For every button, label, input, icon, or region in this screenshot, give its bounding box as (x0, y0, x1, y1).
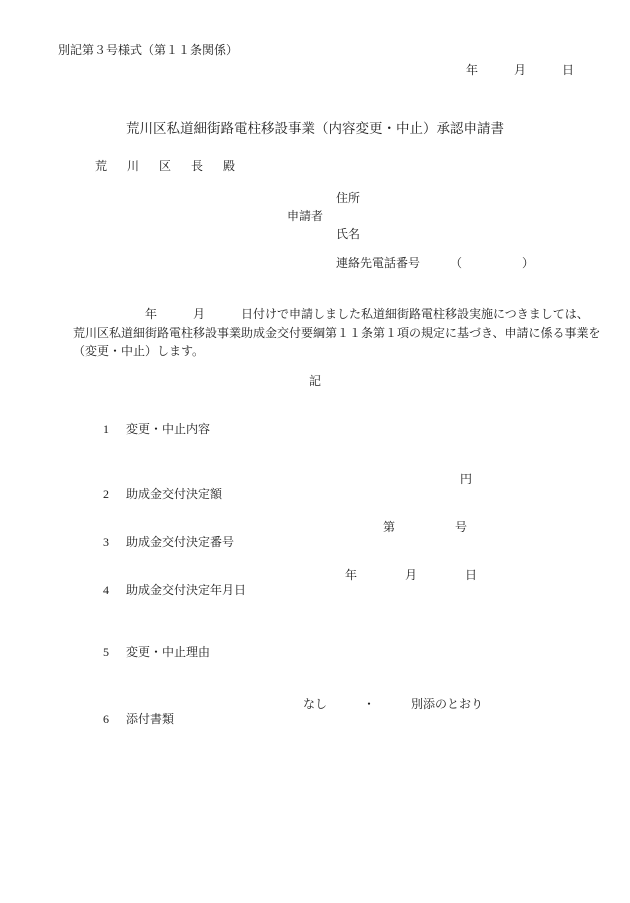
item-number: 4 (103, 583, 112, 598)
applicant-phone-label: 連絡先電話番号 （ ） (336, 256, 534, 271)
list-section-marker: 記 (0, 372, 630, 389)
item-label: 助成金交付決定番号 (126, 535, 234, 549)
document-title: 荒川区私道細街路電柱移設事業（内容変更・中止）承認申請書 (0, 117, 630, 137)
addressee-line: 荒 川 区 長 殿 (95, 159, 239, 174)
item-number: 6 (103, 712, 112, 727)
item-number: 1 (103, 422, 112, 437)
item-value: なし ・ 別添のとおり (303, 695, 483, 712)
item-label: 変更・中止理由 (126, 645, 210, 659)
applicant-label: 申請者 (287, 209, 323, 224)
item-label: 添付書類 (126, 712, 174, 726)
item-label: 変更・中止内容 (126, 422, 210, 436)
item-value: 第 号 (383, 518, 467, 535)
item-number: 2 (103, 487, 112, 502)
form-reference: 別記第３号様式（第１１条関係） (58, 43, 238, 58)
body-line: 年 月 日付けで申請しました私道細街路電柱移設実施につきましては、 (73, 305, 601, 324)
item-value: 年 月 日 (345, 566, 477, 583)
list-item: 6添付書類 (97, 695, 174, 727)
item-label: 助成金交付決定額 (126, 487, 222, 501)
list-item: 2助成金交付決定額 (97, 470, 222, 502)
body-line: （変更・中止）します。 (73, 342, 601, 361)
applicant-name-label: 氏名 (336, 227, 360, 242)
application-form-page: { "document": { "form_reference": "別記第３号… (0, 0, 630, 903)
list-item: 4助成金交付決定年月日 (97, 566, 246, 598)
body-line: 荒川区私道細街路電柱移設事業助成金交付要綱第１１条第１項の規定に基づき、申請に係… (73, 324, 601, 343)
list-item: 1変更・中止内容 (97, 405, 210, 437)
item-label: 助成金交付決定年月日 (126, 583, 246, 597)
list-item: 3助成金交付決定番号 (97, 518, 234, 550)
body-paragraph: 年 月 日付けで申請しました私道細街路電柱移設実施につきましては、 荒川区私道細… (73, 305, 601, 361)
header-date-line: 年 月 日 (466, 63, 574, 78)
item-number: 5 (103, 645, 112, 660)
item-number: 3 (103, 535, 112, 550)
applicant-address-label: 住所 (336, 191, 360, 206)
list-item: 5変更・中止理由 (97, 628, 210, 660)
item-value: 円 (460, 470, 472, 487)
